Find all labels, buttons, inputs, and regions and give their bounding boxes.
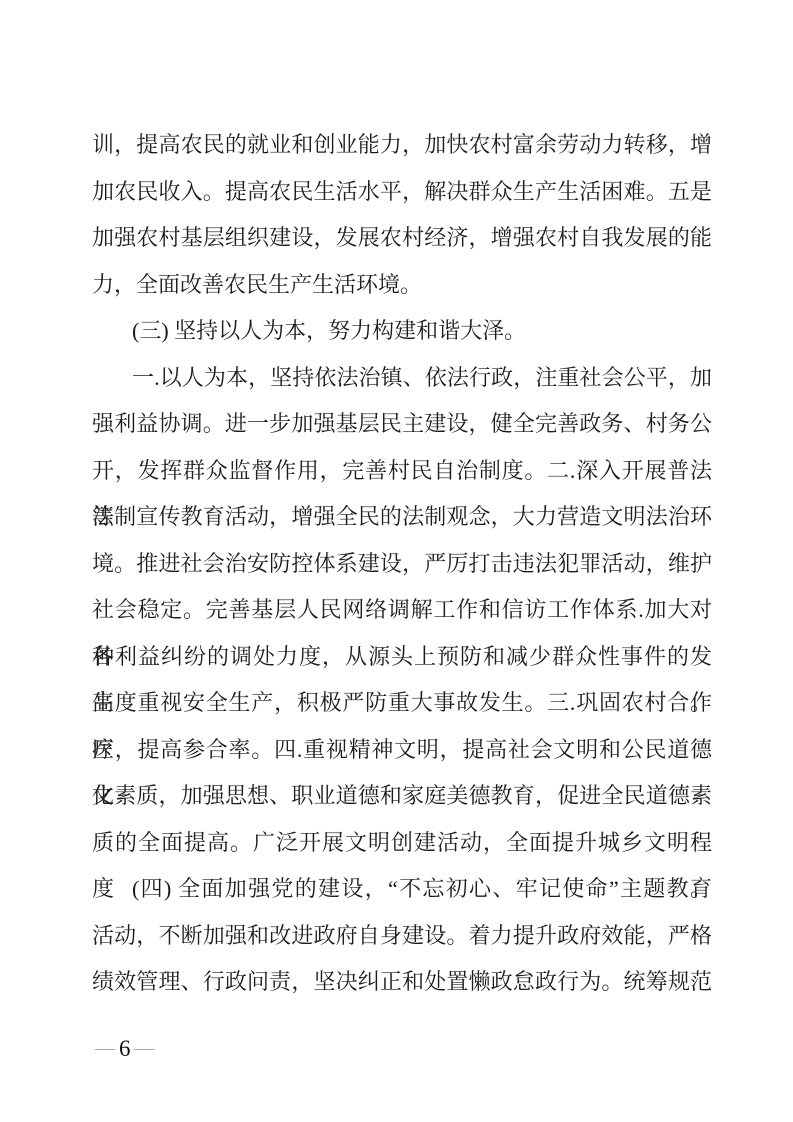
page-footer: —6— (95, 1034, 155, 1065)
text-line: 种利益纠纷的调处力度，从源头上预防和减少群众性事件的发生。 (92, 634, 712, 681)
text-line: 强利益协调。进一步加强基层民主建设，健全完善政务、村务公 (92, 401, 712, 448)
footer-dash-left: — (95, 1037, 115, 1059)
section-heading-line: (四) 全面加强党的建设，“不忘初心、牢记使命”主题教育 (92, 866, 712, 913)
document-page: 训，提高农民的就业和创业能力，加快农村富余劳动力转移，增 加农民收入。提高农民生… (0, 0, 793, 1122)
text-line: 加农民收入。提高农民生活水平，解决群众生产生活困难。五是 (92, 169, 712, 216)
page-number: 6 (115, 1036, 135, 1061)
body-text: 训，提高农民的就业和创业能力，加快农村富余劳动力转移，增 加农民收入。提高农民生… (92, 122, 712, 1006)
text-line: 力，全面改善农民生产生活环境。 (92, 262, 712, 309)
text-line: 绩效管理、行政问责，坚决纠正和处置懒政怠政行为。统筹规范 (92, 959, 712, 1006)
text-line: 境。推进社会治安防控体系建设，严厉打击违法犯罪活动，维护 (92, 541, 712, 588)
text-line: 训，提高农民的就业和创业能力，加快农村富余劳动力转移，增 (92, 122, 712, 169)
footer-dash-right: — (135, 1037, 155, 1059)
text-line: 社会稳定。完善基层人民网络调解工作和信访工作体系.加大对各 (92, 587, 712, 634)
text-line: 一.以人为本，坚持依法治镇、依法行政，注重社会公平，加 (92, 355, 712, 402)
text-line: 法制宣传教育活动，增强全民的法制观念，大力营造文明法治环 (92, 494, 712, 541)
text-line: 加强农村基层组织建设，发展农村经济，增强农村自我发展的能 (92, 215, 712, 262)
text-line: 高度重视安全生产，积极严防重大事故发生。三.巩固农村合作医 (92, 680, 712, 727)
section-heading-line: (三) 坚持以人为本，努力构建和谐大泽。 (92, 308, 712, 355)
text-line: 化素质，加强思想、职业道德和家庭美德教育，促进全民道德素 (92, 773, 712, 820)
text-line: 质的全面提高。广泛开展文明创建活动，全面提升城乡文明程度。 (92, 820, 712, 867)
text-line: 疗，提高参合率。四.重视精神文明，提高社会文明和公民道德文 (92, 727, 712, 774)
text-line: 活动，不断加强和改进政府自身建设。着力提升政府效能，严格 (92, 913, 712, 960)
text-line: 开，发挥群众监督作用，完善村民自治制度。二.深入开展普法等 (92, 448, 712, 495)
